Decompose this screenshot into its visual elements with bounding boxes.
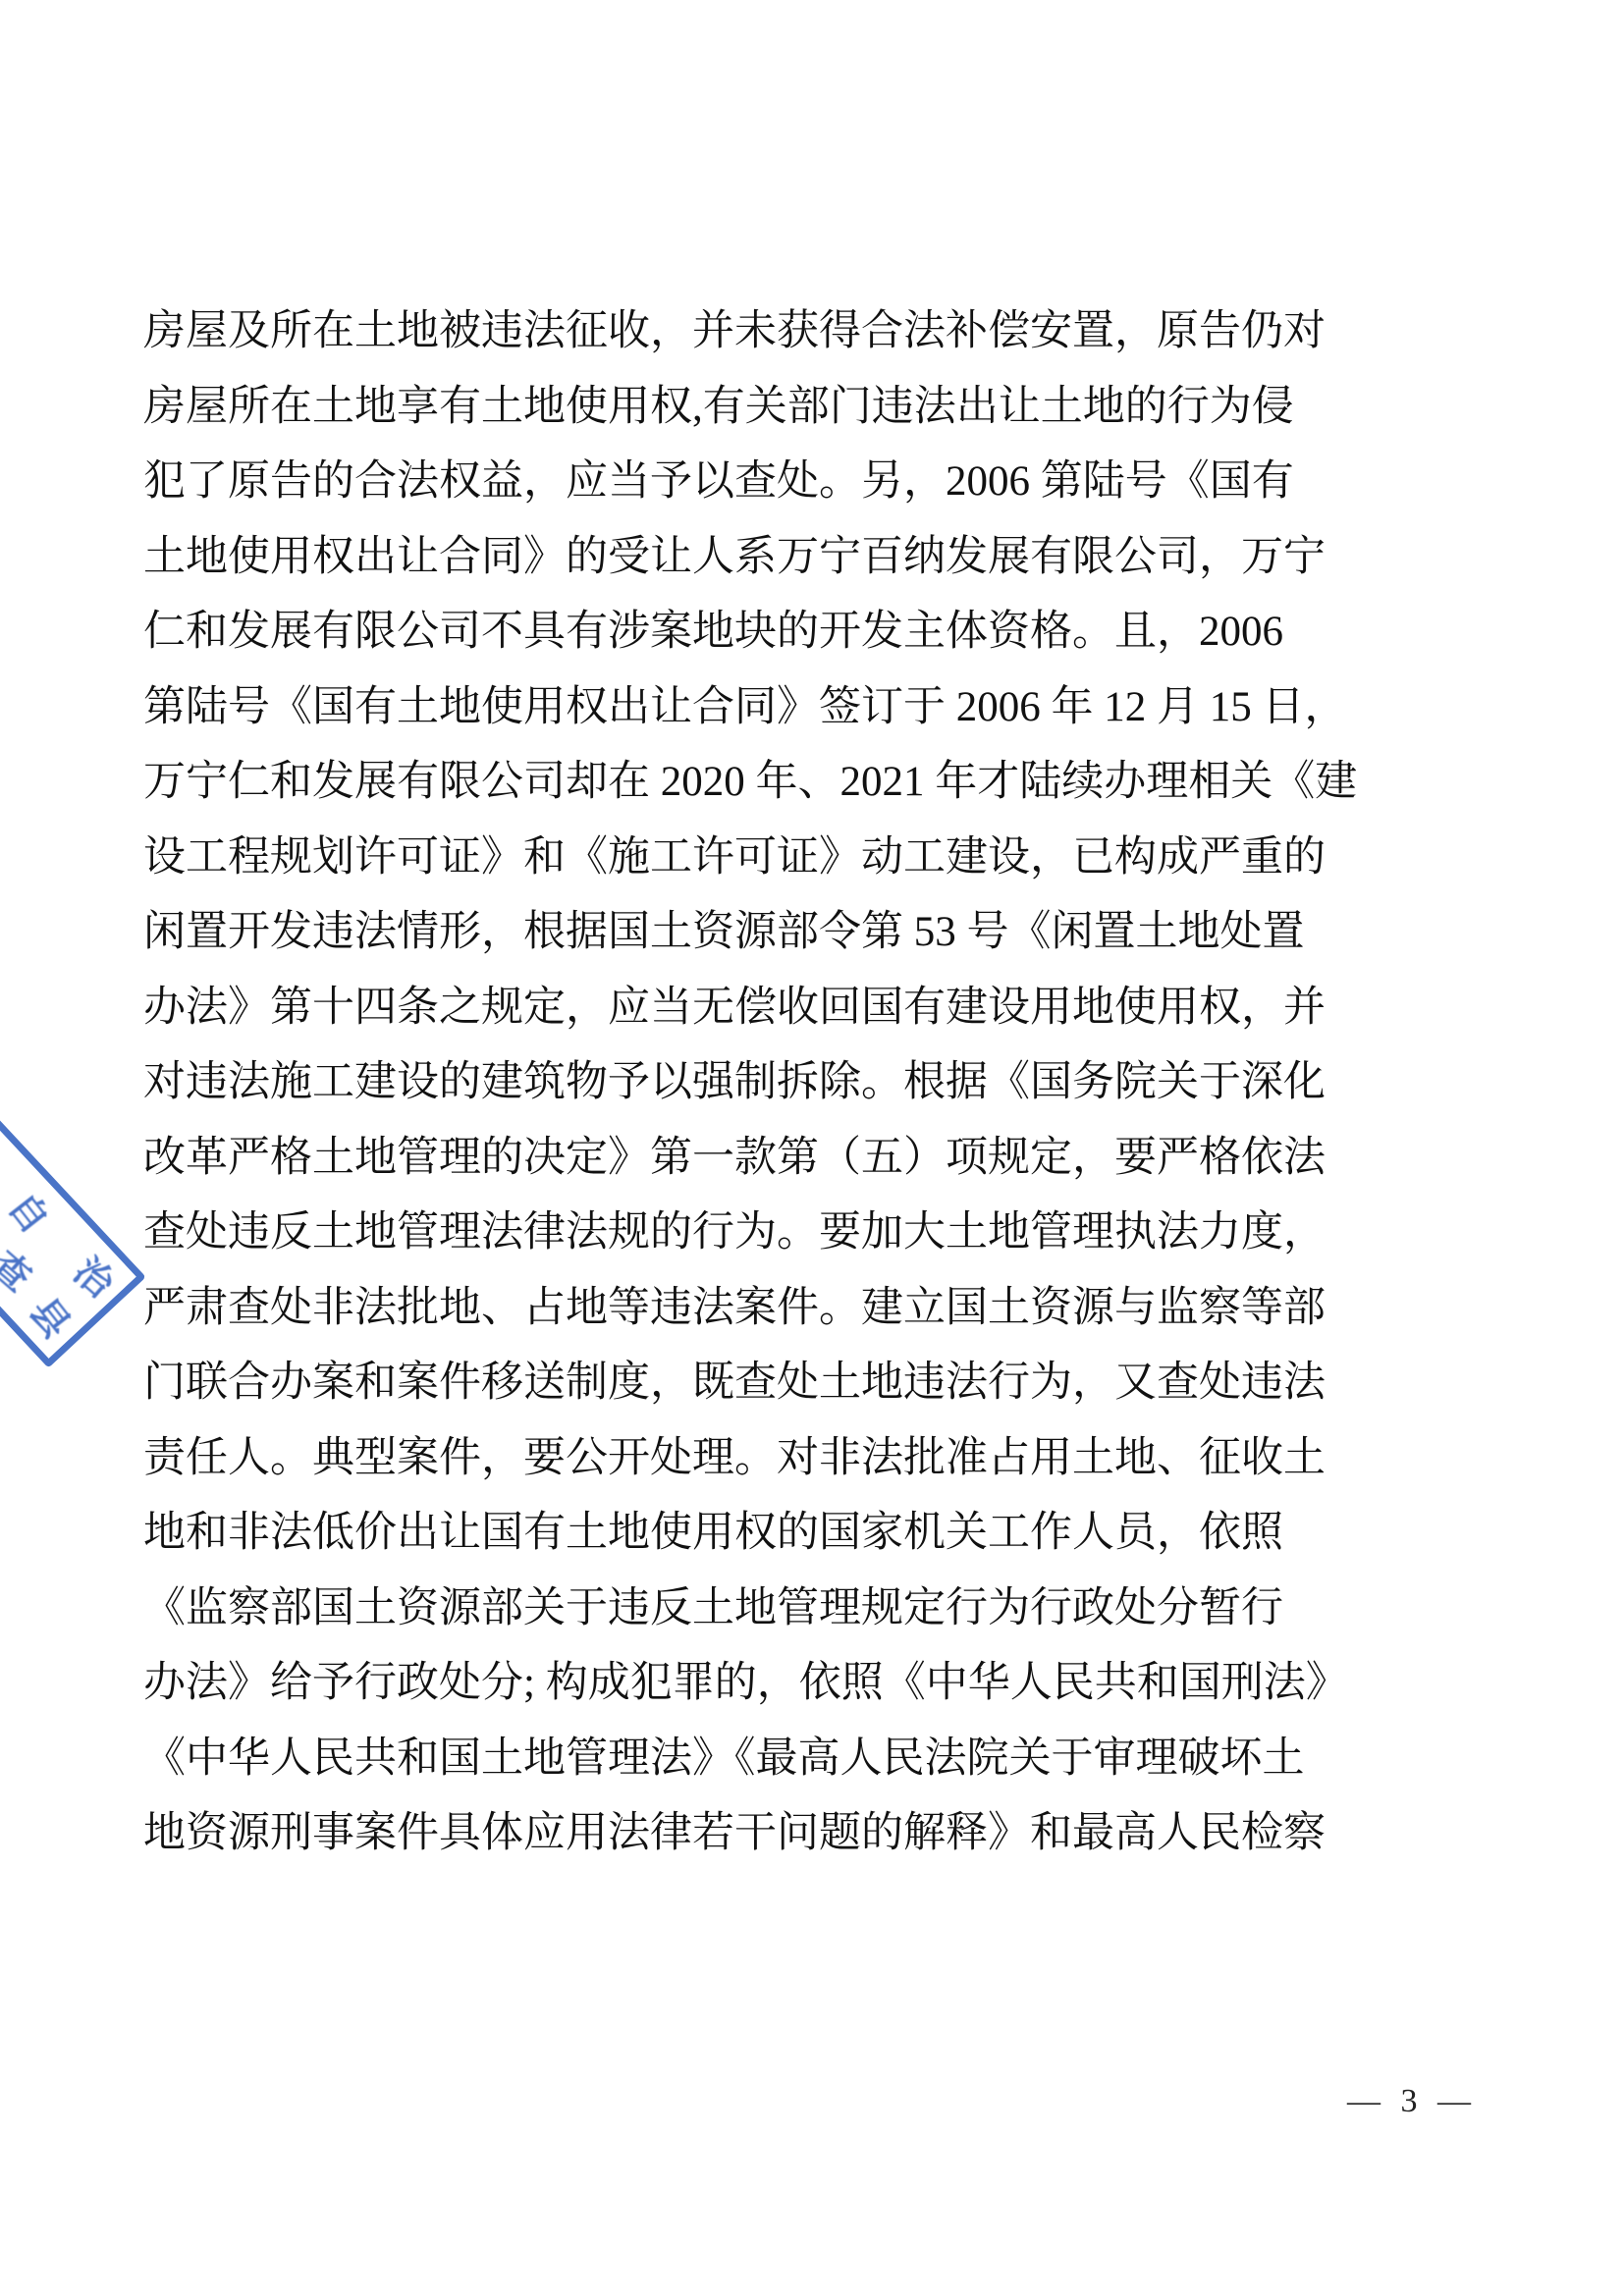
- document-line: 《中华人民共和国土地管理法》《最高人民法院关于审理破坏土: [143, 1722, 1406, 1797]
- document-line: 办法》给予行政处分; 构成犯罪的，依照《中华人民共和国刑法》: [143, 1646, 1406, 1722]
- document-line: 房屋所在土地享有土地使用权,有关部门违法出让土地的行为侵: [143, 370, 1406, 446]
- document-line: 门联合办案和案件移送制度，既查处土地违法行为，又查处违法: [143, 1346, 1406, 1421]
- document-line: 责任人。典型案件，要公开处理。对非法批准占用土地、征收土: [143, 1421, 1406, 1497]
- document-line: 查处违反土地管理法律法规的行为。要加大土地管理执法力度，: [143, 1196, 1406, 1271]
- document-line: 改革严格土地管理的决定》第一款第（五）项规定，要严格依法: [143, 1121, 1406, 1197]
- document-line: 闲置开发违法情形，根据国土资源部令第 53 号《闲置土地处置: [143, 895, 1406, 971]
- document-line: 地资源刑事案件具体应用法律若干问题的解释》和最高人民检察: [143, 1796, 1406, 1872]
- document-line: 仁和发展有限公司不具有涉案地块的开发主体资格。且，2006: [143, 595, 1406, 670]
- document-page: 族自治骑缝查县 房屋及所在土地被违法征收，并未获得合法补偿安置，原告仍对房屋所在…: [0, 0, 1624, 2296]
- document-line: 对违法施工建设的建筑物予以强制拆除。根据《国务院关于深化: [143, 1045, 1406, 1121]
- document-line: 设工程规划许可证》和《施工许可证》动工建设，已构成严重的: [143, 821, 1406, 896]
- text-block: 房屋及所在土地被违法征收，并未获得合法补偿安置，原告仍对房屋所在土地享有土地使用…: [143, 294, 1406, 1872]
- document-line: 犯了原告的合法权益，应当予以查处。另，2006 第陆号《国有: [143, 445, 1406, 520]
- document-line: 房屋及所在土地被违法征收，并未获得合法补偿安置，原告仍对: [143, 294, 1406, 370]
- document-line: 办法》第十四条之规定，应当无偿收回国有建设用地使用权，并: [143, 971, 1406, 1046]
- page-number: — 3 —: [1347, 2083, 1477, 2120]
- document-line: 万宁仁和发展有限公司却在 2020 年、2021 年才陆续办理相关《建: [143, 745, 1406, 821]
- document-line: 严肃查处非法批地、占地等违法案件。建立国土资源与监察等部: [143, 1271, 1406, 1347]
- document-line: 第陆号《国有土地使用权出让合同》签订于 2006 年 12 月 15 日，: [143, 670, 1406, 746]
- document-line: 《监察部国土资源部关于违反土地管理规定行为行政处分暂行: [143, 1572, 1406, 1647]
- paging-seal-stamp: 族自治骑缝查县: [0, 1092, 146, 1367]
- document-line: 地和非法低价出让国有土地使用权的国家机关工作人员，依照: [143, 1496, 1406, 1572]
- document-line: 土地使用权出让合同》的受让人系万宁百纳发展有限公司，万宁: [143, 520, 1406, 596]
